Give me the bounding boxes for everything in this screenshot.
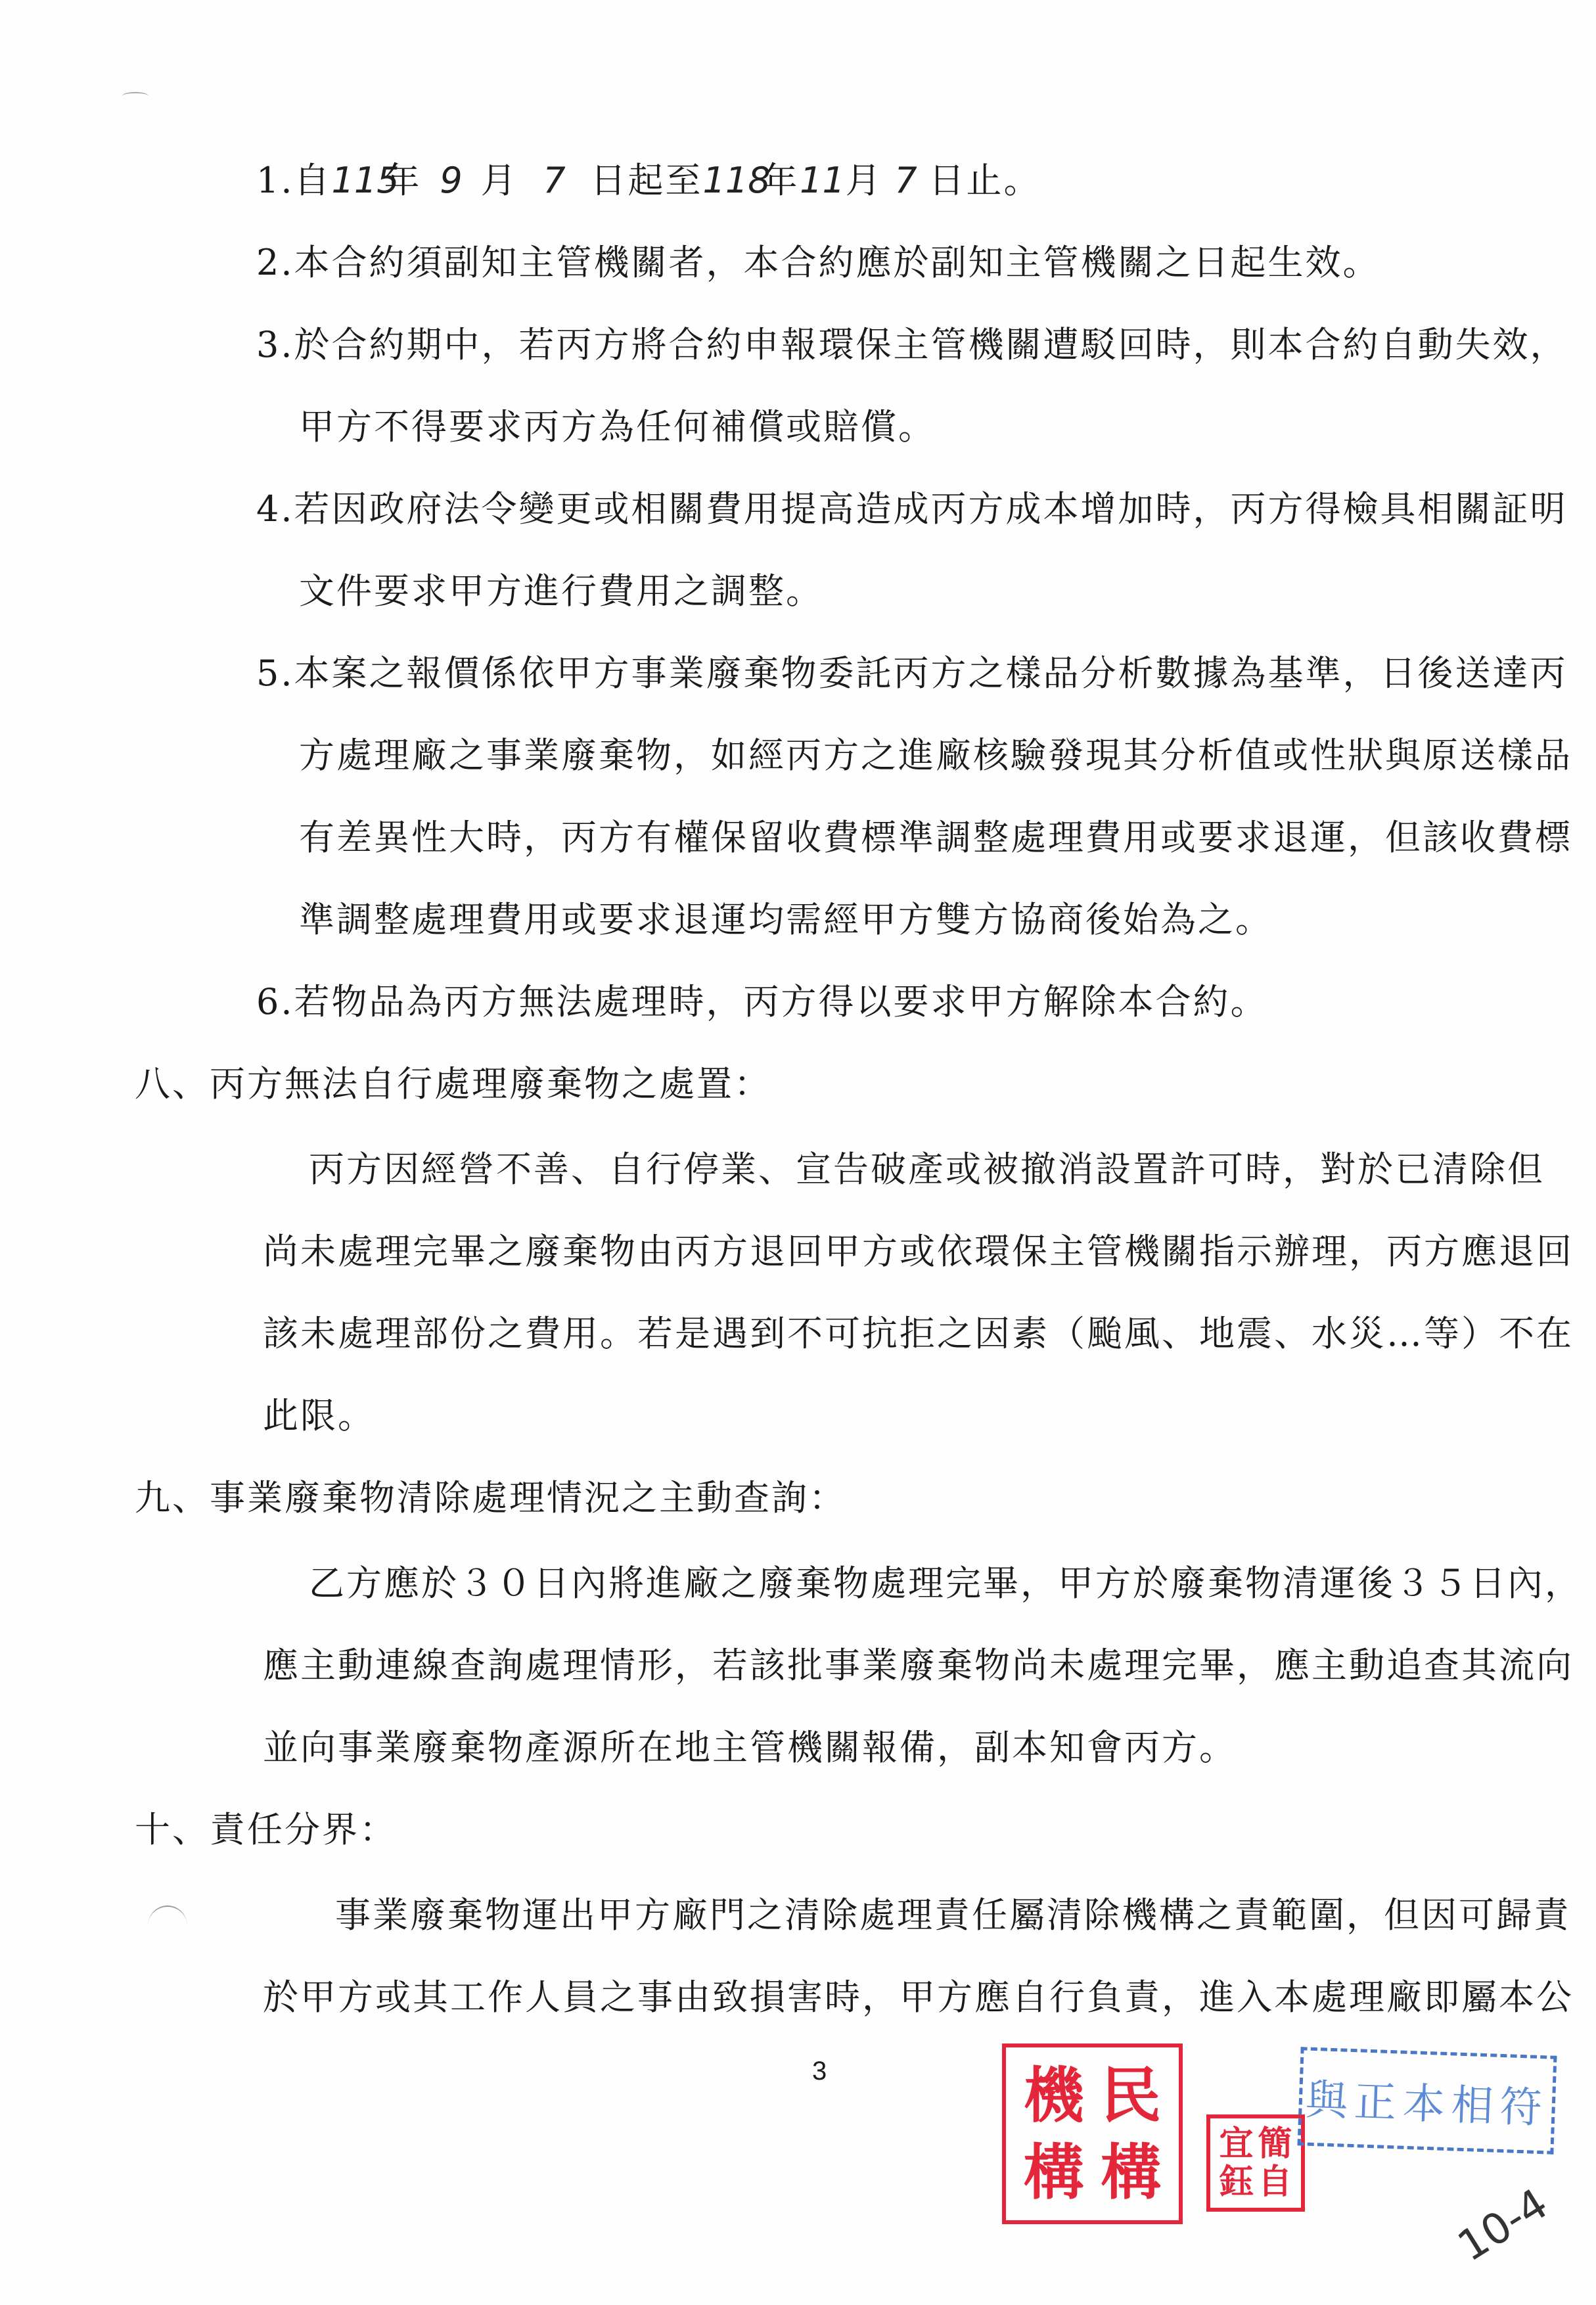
personal-seal-stamp: 宜 簡 鈺 自: [1206, 2114, 1305, 2212]
clause-item-3: 3.於合約期中，若丙方將合約申報環保主管機關遭駁回時，則本合約自動失效，: [256, 322, 1568, 368]
certified-copy-stamp: 與正本相符: [1298, 2047, 1557, 2155]
clause-item-4-cont: 文件要求甲方進行費用之調整。: [299, 568, 823, 614]
section-10-paragraph: 於甲方或其工作人員之事由致損害時，甲方應自行負責，進入本處理廠即屬本公: [263, 1974, 1574, 2020]
section-heading-8: 八、丙方無法自行處理廢棄物之處置：: [135, 1061, 771, 1107]
page-number: 3: [812, 2057, 827, 2086]
scan-mark: [148, 1906, 187, 1946]
seal-char: 民: [1093, 2057, 1170, 2134]
section-9-paragraph: 乙方應於３０日內將進廠之廢棄物處理完畢，甲方於廢棄物清運後３５日內，: [309, 1561, 1582, 1607]
section-9-paragraph: 應主動連線查詢處理情形，若該批事業廢棄物尚未處理完畢，應主動追查其流向: [263, 1643, 1574, 1689]
section-8-paragraph: 該未處理部份之費用。若是遇到不可抗拒之因素（颱風、地震、水災…等）不在: [263, 1311, 1574, 1357]
section-9-paragraph: 並向事業廢棄物產源所在地主管機關報備，副本知會丙方。: [263, 1725, 1237, 1771]
section-heading-9: 九、事業廢棄物清除處理情況之主動查詢：: [135, 1475, 846, 1521]
document-page: 1.自115年9月7日起至118年11月7日止。 2.本合約須副知主管機關者，本…: [0, 0, 1596, 2305]
section-8-paragraph: 丙方因經營不善、自行停業、宣告破產或被撤消設置許可時，對於已清除但: [309, 1147, 1545, 1193]
clause-item-1: 1.自115年9月7日起至118年11月7日止。: [256, 158, 1041, 204]
seal-char: 宜: [1217, 2125, 1256, 2163]
item-number: 5.: [256, 652, 294, 694]
scan-mark: [122, 92, 148, 100]
clause-item-5-cont: 方處理廠之事業廢棄物，如經丙方之進廠核驗發現其分析值或性狀與原送樣品: [299, 733, 1572, 779]
seal-char: 鈺: [1217, 2163, 1256, 2201]
seal-char: 構: [1093, 2134, 1170, 2212]
item-number: 4.: [256, 488, 294, 530]
section-8-paragraph: 尚未處理完畢之廢棄物由丙方退回甲方或依環保主管機關指示辦理，丙方應退回: [263, 1229, 1574, 1275]
handwritten-end-day: 7: [883, 158, 929, 204]
handwritten-page-note: 10-4: [1449, 2179, 1556, 2271]
section-heading-10: 十、責任分界：: [135, 1807, 397, 1853]
seal-char: 構: [1015, 2134, 1093, 2212]
clause-item-5: 5.本案之報價係依甲方事業廢棄物委託丙方之樣品分析數據為基準，日後送達丙: [256, 650, 1568, 696]
handwritten-end-month: 11: [800, 158, 846, 204]
handwritten-end-year: 118: [703, 158, 762, 204]
clause-item-5-cont: 有差異性大時，丙方有權保留收費標準調整處理費用或要求退運，但該收費標: [299, 815, 1572, 861]
section-8-paragraph: 此限。: [263, 1393, 375, 1439]
item-number: 6.: [256, 981, 294, 1022]
company-seal-stamp: 機 民 構 構: [1002, 2043, 1183, 2224]
clause-item-4: 4.若因政府法令變更或相關費用提高造成丙方成本增加時，丙方得檢具相關証明: [256, 486, 1568, 532]
clause-item-2: 2.本合約須副知主管機關者，本合約應於副知主管機關之日起生效。: [256, 240, 1380, 286]
item-number: 3.: [256, 324, 294, 365]
seal-char: 機: [1015, 2057, 1093, 2134]
seal-char: 簡: [1256, 2125, 1294, 2163]
clause-item-3-cont: 甲方不得要求丙方為任何補償或賠償。: [299, 404, 936, 450]
handwritten-start-month: 9: [422, 158, 481, 204]
clause-item-6: 6.若物品為丙方無法處理時，丙方得以要求甲方解除本合約。: [256, 979, 1268, 1025]
item-number: 1.: [256, 160, 294, 201]
seal-char: 自: [1256, 2163, 1294, 2201]
section-10-paragraph: 事業廢棄物運出甲方廠門之清除處理責任屬清除機構之責範圍，但因可歸責: [335, 1892, 1571, 1938]
handwritten-start-day: 7: [518, 158, 591, 204]
handwritten-start-year: 115: [332, 158, 384, 204]
clause-item-5-cont: 準調整處理費用或要求退運均需經甲方雙方協商後始為之。: [299, 897, 1273, 943]
item-number: 2.: [256, 242, 294, 283]
